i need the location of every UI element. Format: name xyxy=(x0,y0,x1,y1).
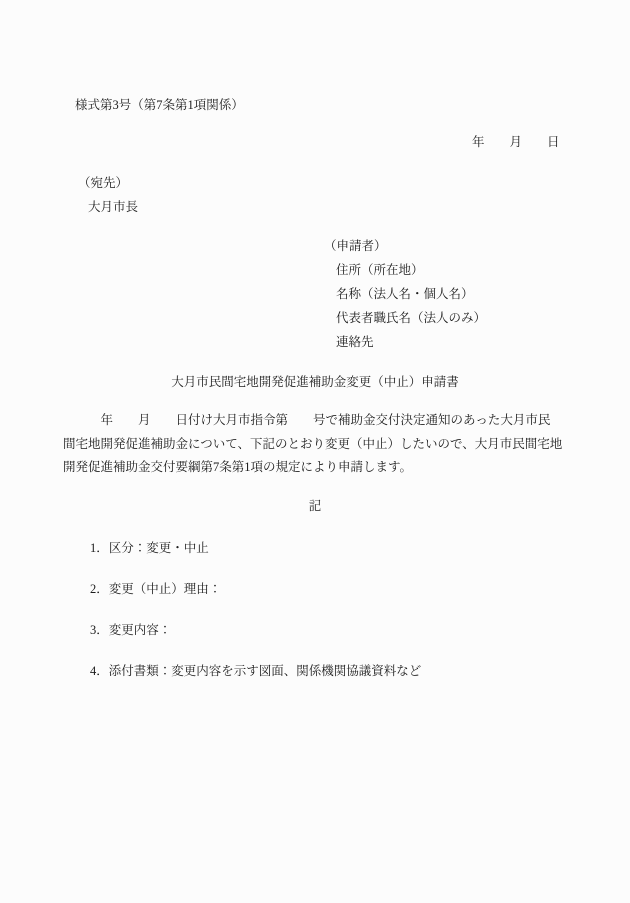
list-item-category: 1．区分：変更・中止 xyxy=(90,540,209,556)
addressee-name: 大月市長 xyxy=(88,199,138,215)
applicant-field-name: 名称（法人名・個人名） xyxy=(336,286,474,302)
applicant-field-address: 住所（所在地） xyxy=(336,262,424,278)
document-title: 大月市民間宅地開発促進補助金変更（中止）申請書 xyxy=(0,374,630,390)
body-line: 開発促進補助金交付要綱第7条第1項の規定により申請します。 xyxy=(63,459,573,475)
addressee-label: （宛先） xyxy=(78,175,128,191)
applicant-field-representative: 代表者職氏名（法人のみ） xyxy=(336,310,486,326)
applicant-label: （申請者） xyxy=(324,238,387,254)
list-item-attachments: 4．添付書類：変更内容を示す図面、関係機関協議資料など xyxy=(90,663,421,679)
list-item-reason: 2．変更（中止）理由： xyxy=(90,581,221,597)
list-item-change-details: 3．変更内容： xyxy=(90,622,171,638)
form-number: 様式第3号（第7条第1項関係） xyxy=(75,97,244,113)
record-heading: 記 xyxy=(0,498,630,514)
date-line: 年 月 日 xyxy=(472,134,560,150)
applicant-field-contact: 連絡先 xyxy=(336,334,374,350)
body-line: 間宅地開発促進補助金について、下記のとおり変更（中止）したいので、大月市民間宅地 xyxy=(63,436,573,452)
body-line: 年 月 日付け大月市指令第 号で補助金交付決定通知のあった大月市民 xyxy=(63,412,573,428)
document-page: 様式第3号（第7条第1項関係） 年 月 日 （宛先） 大月市長 （申請者） 住所… xyxy=(0,0,630,903)
